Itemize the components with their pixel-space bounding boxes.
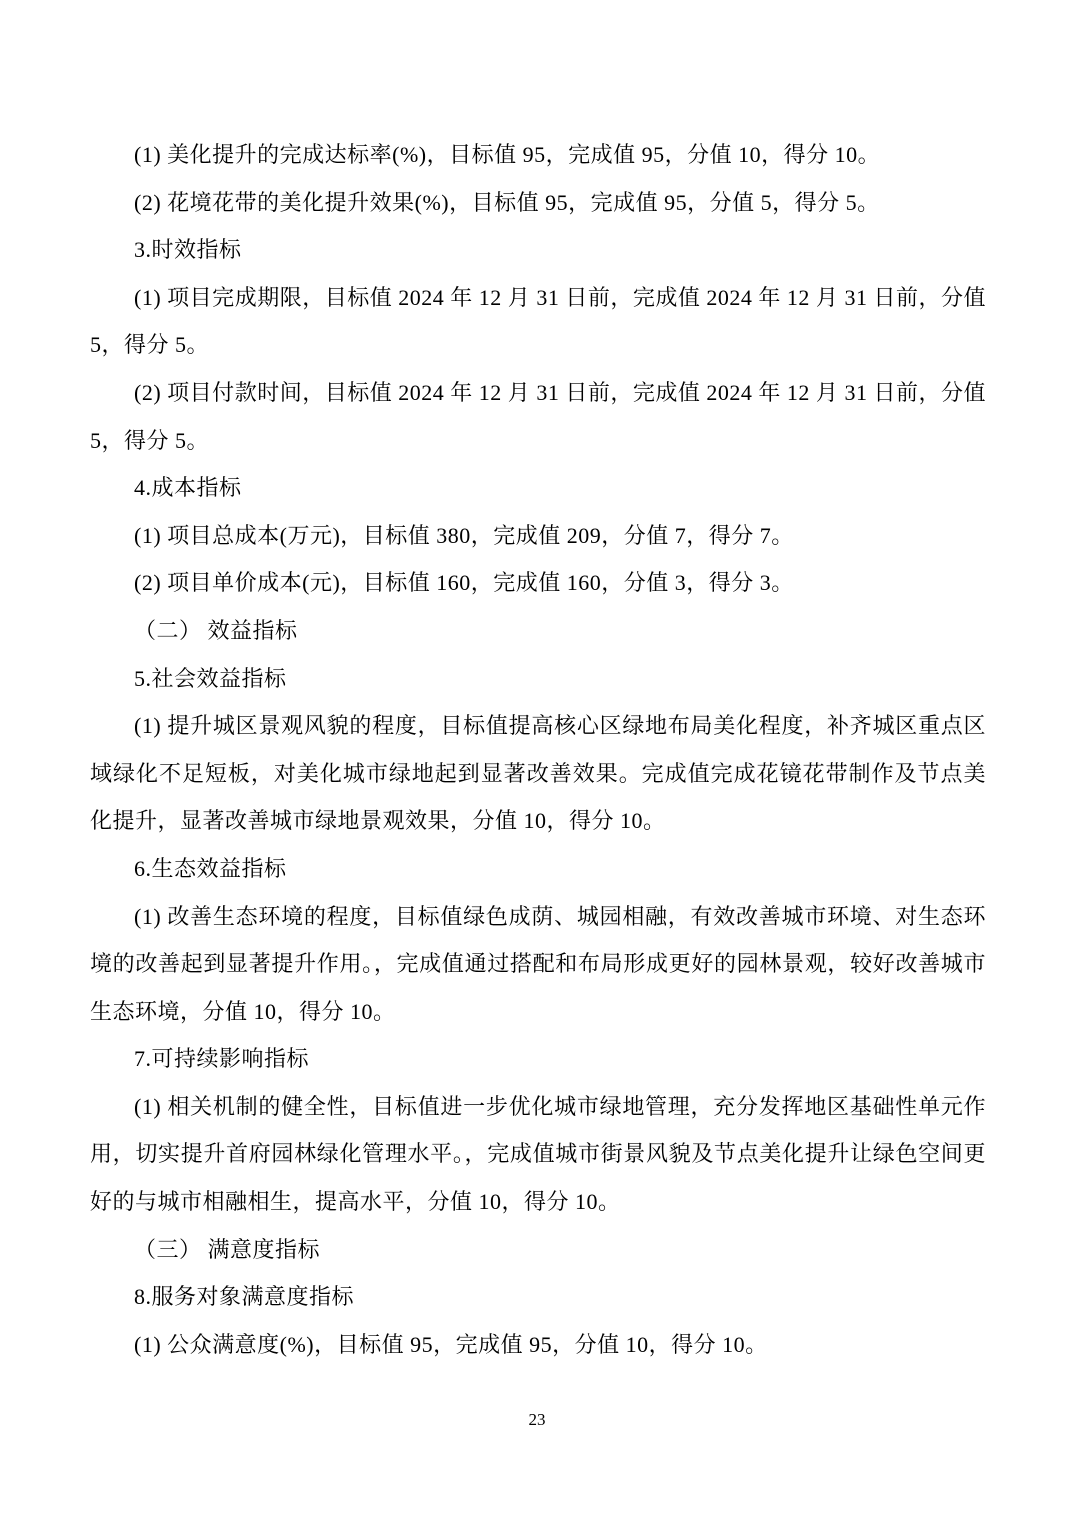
paragraph: (1) 美化提升的完成达标率(%)，目标值 95，完成值 95，分值 10，得分…	[90, 131, 986, 179]
section-heading: 7.可持续影响指标	[90, 1035, 986, 1083]
section-heading: 4.成本指标	[90, 464, 986, 512]
paragraph: (1) 改善生态环境的程度，目标值绿色成荫、城园相融，有效改善城市环境、对生态环…	[90, 893, 986, 1036]
section-heading: （三） 满意度指标	[90, 1226, 986, 1274]
section-heading: （二） 效益指标	[90, 607, 986, 655]
paragraph: (1) 相关机制的健全性，目标值进一步优化城市绿地管理，充分发挥地区基础性单元作…	[90, 1083, 986, 1226]
document-body: (1) 美化提升的完成达标率(%)，目标值 95，完成值 95，分值 10，得分…	[90, 131, 986, 1368]
paragraph: (2) 项目单价成本(元)，目标值 160，完成值 160，分值 3，得分 3。	[90, 559, 986, 607]
section-heading: 8.服务对象满意度指标	[90, 1273, 986, 1321]
paragraph: (1) 项目总成本(万元)，目标值 380，完成值 209，分值 7，得分 7。	[90, 512, 986, 560]
paragraph: (2) 项目付款时间，目标值 2024 年 12 月 31 日前，完成值 202…	[90, 369, 986, 464]
page-number: 23	[0, 1408, 1074, 1432]
section-heading: 5.社会效益指标	[90, 655, 986, 703]
paragraph: (2) 花境花带的美化提升效果(%)，目标值 95，完成值 95，分值 5，得分…	[90, 179, 986, 227]
section-heading: 6.生态效益指标	[90, 845, 986, 893]
document-page: (1) 美化提升的完成达标率(%)，目标值 95，完成值 95，分值 10，得分…	[0, 0, 1074, 1520]
paragraph: (1) 提升城区景观风貌的程度，目标值提高核心区绿地布局美化程度，补齐城区重点区…	[90, 702, 986, 845]
section-heading: 3.时效指标	[90, 226, 986, 274]
paragraph: (1) 项目完成期限，目标值 2024 年 12 月 31 日前，完成值 202…	[90, 274, 986, 369]
paragraph: (1) 公众满意度(%)，目标值 95，完成值 95，分值 10，得分 10。	[90, 1321, 986, 1369]
